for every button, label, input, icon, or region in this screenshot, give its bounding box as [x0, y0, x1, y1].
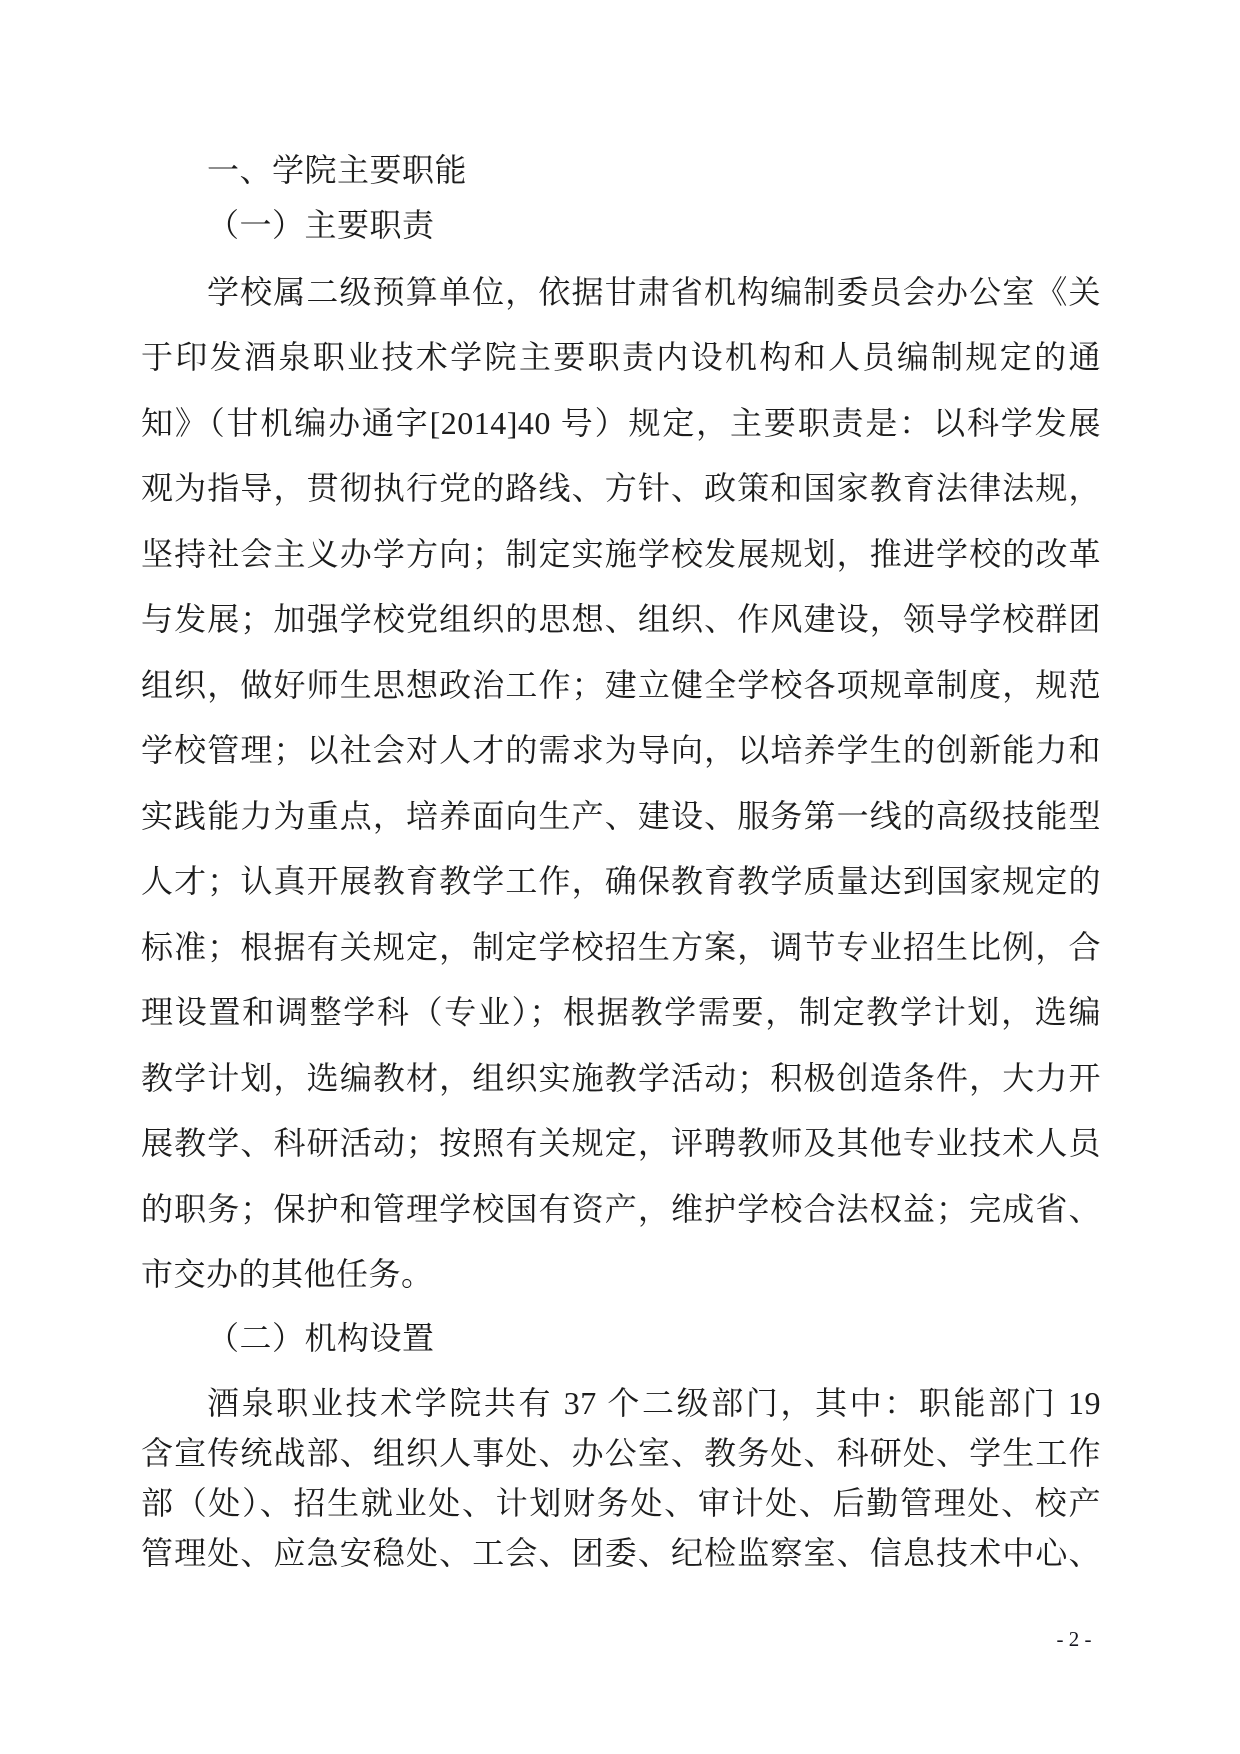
text-line: 理设置和调整学科（专业）；根据教学需要，制定教学计划，选编: [141, 992, 1101, 1036]
text-line: 酒泉职业技术学院共有 37 个二级部门，其中：职能部门 19 个，: [141, 1383, 1101, 1427]
section-heading-level1: 一、学院主要职能: [141, 150, 1101, 194]
text-line: 实践能力为重点，培养面向生产、建设、服务第一线的高级技能型: [141, 796, 1101, 840]
text-line: 管理处、应急安稳处、工会、团委、纪检监察室、信息技术中心、: [141, 1533, 1101, 1577]
text-line: 教学计划，选编教材，组织实施教学活动；积极创造条件，大力开: [141, 1058, 1101, 1102]
text-line: 含宣传统战部、组织人事处、办公室、教务处、科研处、学生工作: [141, 1433, 1101, 1477]
text-line: 的职务；保护和管理学校国有资产，维护学校合法权益；完成省、: [141, 1189, 1101, 1233]
section-heading-level2: （二）机构设置: [141, 1318, 1101, 1362]
text-line: 部（处）、招生就业处、计划财务处、审计处、后勤管理处、校产: [141, 1483, 1101, 1527]
document-page: 一、学院主要职能 （一）主要职责 学校属二级预算单位，依据甘肃省机构编制委员会办…: [0, 0, 1240, 1754]
text-line: 于印发酒泉职业技术学院主要职责内设机构和人员编制规定的通: [141, 337, 1101, 381]
text-line: 标准；根据有关规定，制定学校招生方案，调节专业招生比例，合: [141, 927, 1101, 971]
text-line: 学校管理；以社会对人才的需求为导向，以培养学生的创新能力和: [141, 730, 1101, 774]
text-line: 展教学、科研活动；按照有关规定，评聘教师及其他专业技术人员: [141, 1123, 1101, 1167]
text-line: 观为指导，贯彻执行党的路线、方针、政策和国家教育法律法规，: [141, 468, 1101, 512]
page-number: - 2 -: [1038, 1627, 1110, 1655]
section-heading-level2: （一）主要职责: [141, 205, 1101, 249]
text-line: 人才；认真开展教育教学工作，确保教育教学质量达到国家规定的: [141, 861, 1101, 905]
text-line: 市交办的其他任务。: [141, 1254, 1101, 1298]
text-line: 坚持社会主义办学方向；制定实施学校发展规划，推进学校的改革: [141, 534, 1101, 578]
text-line: 知》（甘机编办通字[2014]40 号）规定，主要职责是：以科学发展: [141, 403, 1101, 447]
text-line: 组织，做好师生思想政治工作；建立健全学校各项规章制度，规范: [141, 665, 1101, 709]
text-line: 与发展；加强学校党组织的思想、组织、作风建设，领导学校群团: [141, 599, 1101, 643]
text-line: 学校属二级预算单位，依据甘肃省机构编制委员会办公室《关: [141, 272, 1101, 316]
